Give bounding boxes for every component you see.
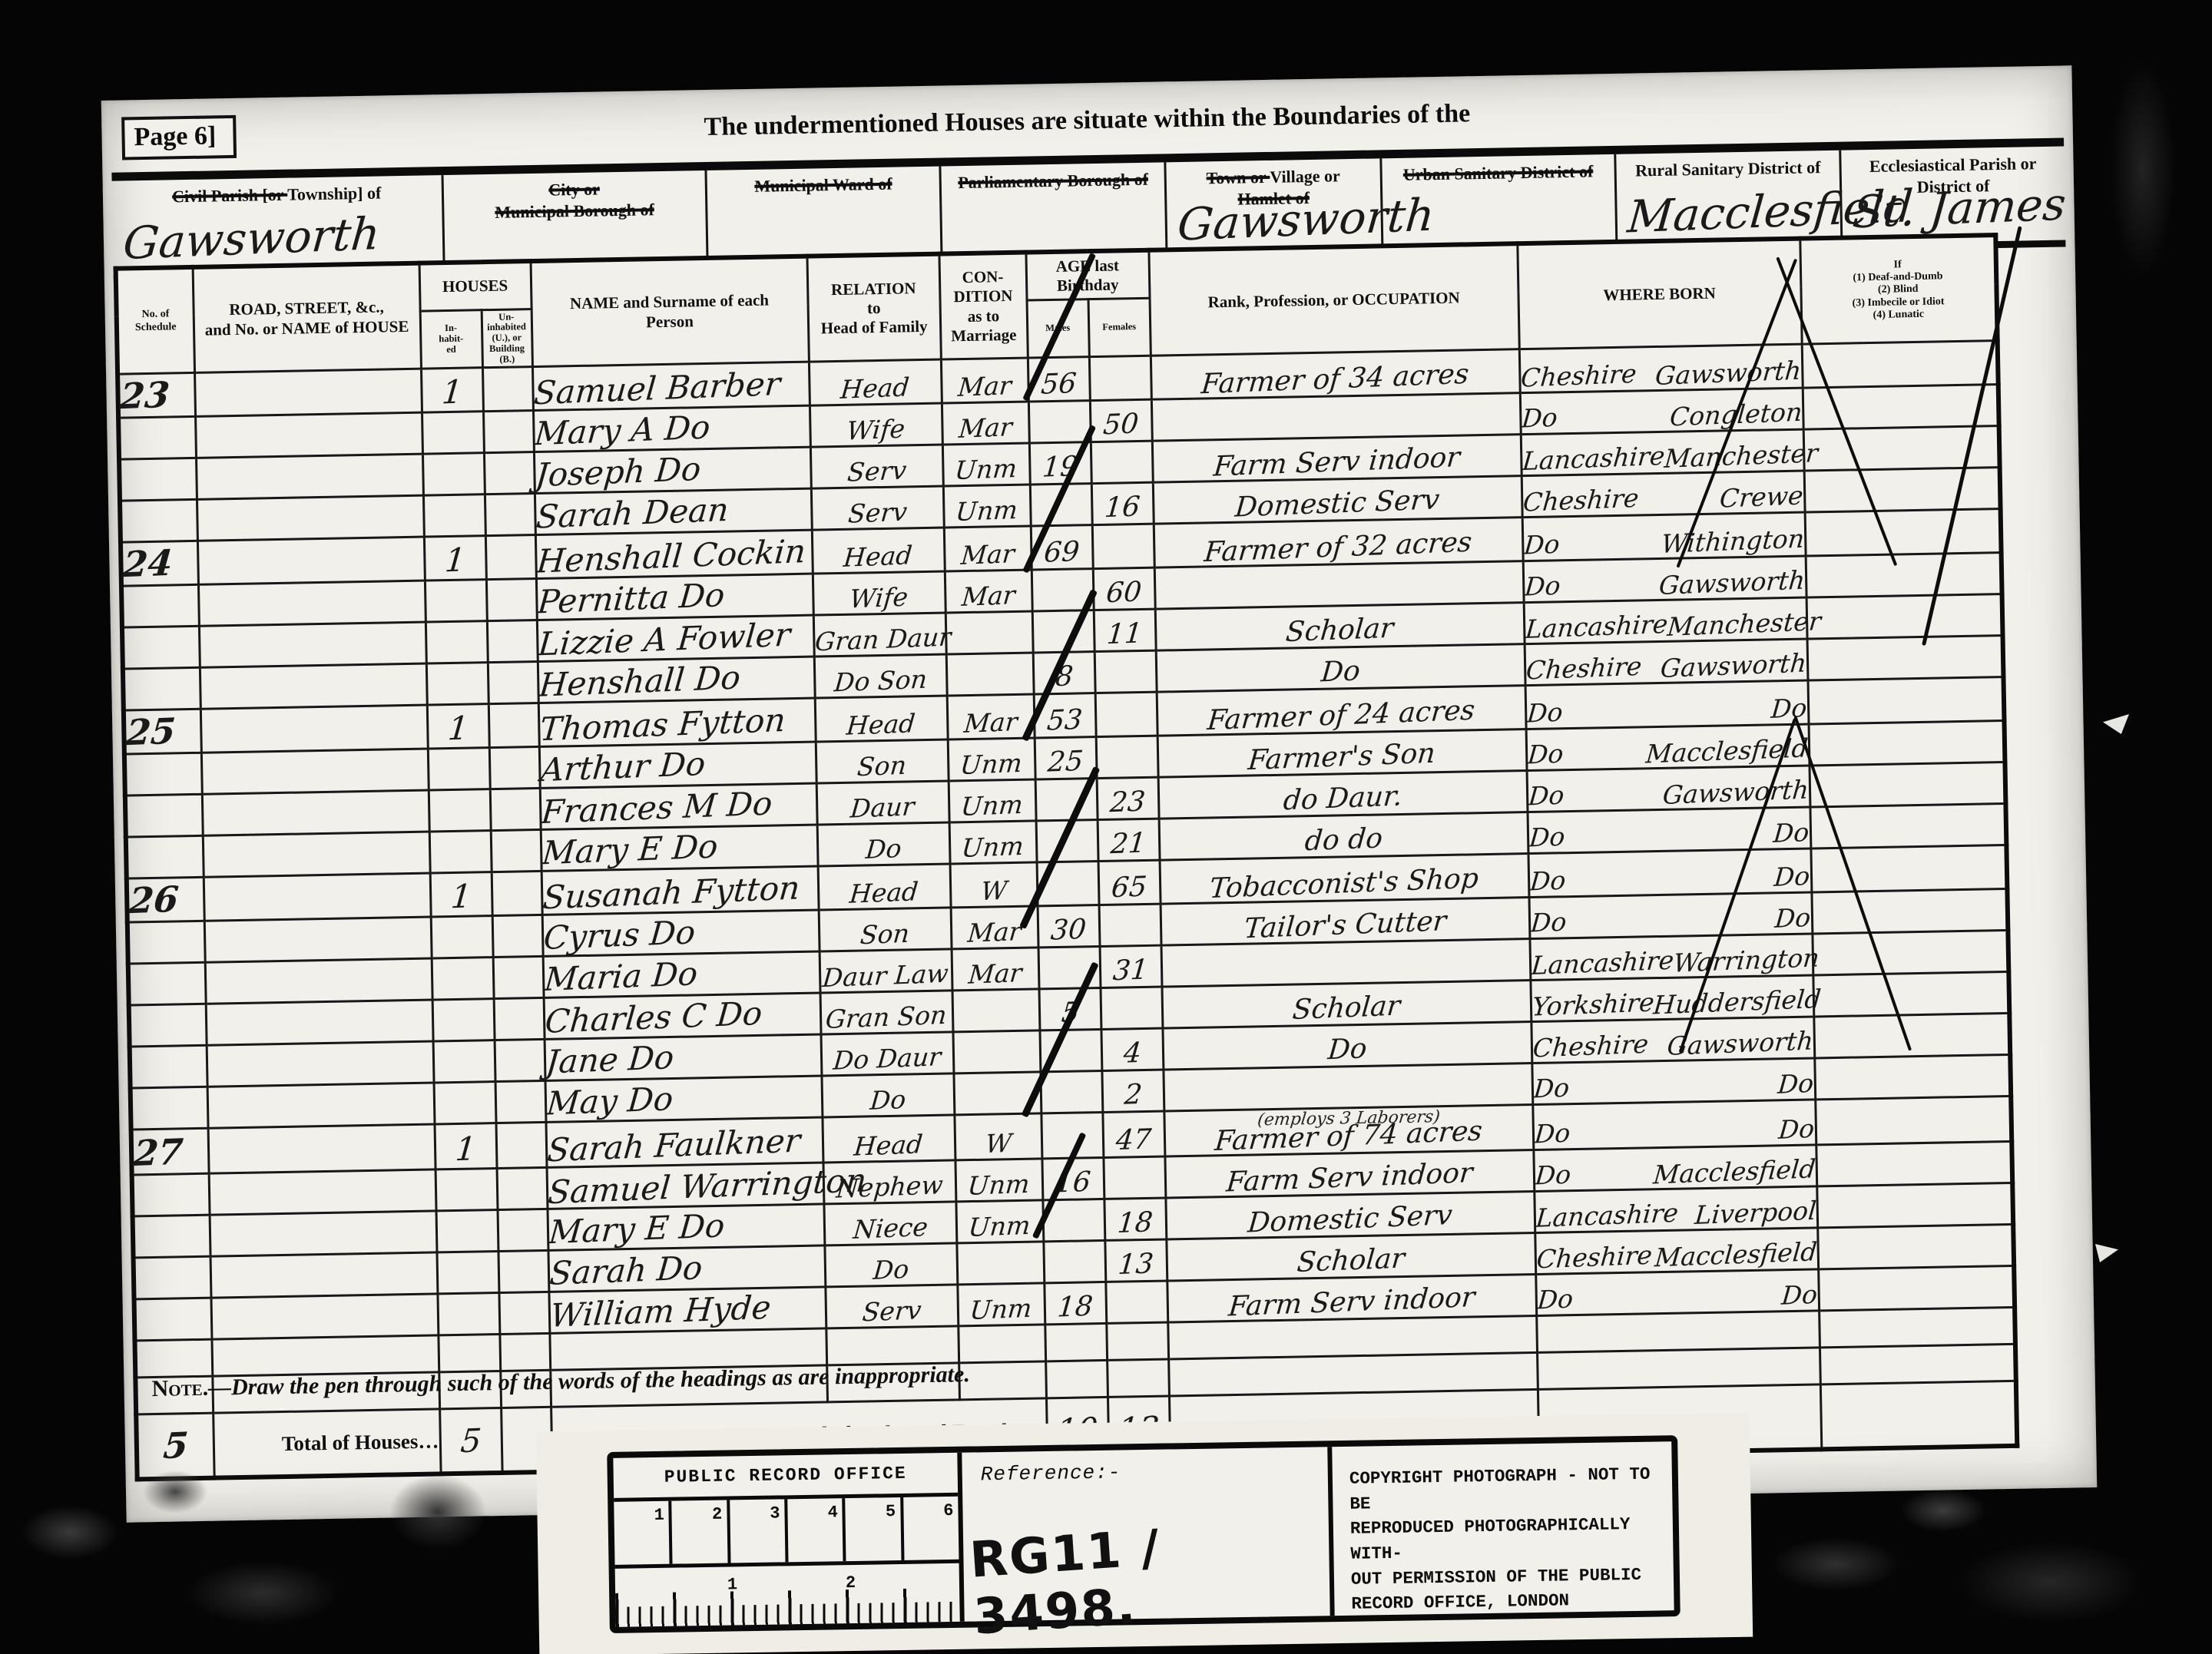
cell-uninhabited [498, 1250, 548, 1292]
cell-infirmity [1802, 341, 1998, 389]
cell-age-female [1105, 1281, 1167, 1323]
cell-where-born: DoMacclesfield [1533, 1145, 1816, 1192]
cell-age-female: 47 [1102, 1111, 1164, 1157]
cell-condition [956, 1242, 1044, 1285]
cell-where-born: DoDo [1535, 1269, 1819, 1316]
table-body: 231Samuel BarberHeadMar56Farmer of 34 ac… [118, 341, 2016, 1414]
cell-age-female: 18 [1104, 1198, 1166, 1240]
cell-where-born: CheshireMacclesfield [1535, 1228, 1818, 1275]
district-label: Parliamentary Borough of [942, 162, 1165, 194]
cell-road [205, 958, 432, 1004]
cell-age-female: 23 [1097, 777, 1159, 819]
cell-relation: Wife [810, 403, 942, 447]
cell-schedule [125, 794, 203, 837]
public-record-office-stamp: PUBLIC RECORD OFFICE 123456 1 2 Referenc… [607, 1435, 1681, 1633]
col-header-infirmity: If (1) Deaf-and-Dumb (2) Blind (3) Imbec… [1800, 235, 1997, 344]
cell-inhabited [432, 999, 495, 1041]
cell-condition: Unm [948, 738, 1035, 781]
cell-uninhabited [485, 535, 536, 580]
cell-occupation: do Daur. [1158, 771, 1528, 819]
district-label: Rural Sanitary District of [1616, 151, 1839, 182]
district-cell: Town or Village or Hamlet ofGawsworth [1167, 158, 1383, 256]
cell-relation: Do [817, 822, 950, 866]
col-header-houses: HOUSES [419, 261, 531, 311]
cell-road [208, 1124, 435, 1173]
cell-schedule [134, 1298, 212, 1341]
cell-infirmity [1814, 1054, 2011, 1100]
cell-age-male: 25 [1035, 737, 1097, 779]
cell-name: Sarah Faulkner [546, 1117, 823, 1167]
cell-infirmity [1803, 385, 1999, 430]
cell-uninhabited [495, 1039, 545, 1081]
cell-where-born: DoMacclesfield [1526, 724, 1810, 771]
cell-schedule [134, 1256, 211, 1299]
cell-schedule [128, 962, 206, 1005]
cell-condition: Mar [947, 694, 1035, 739]
cell-where-born: DoCongleton [1520, 388, 1803, 435]
cell-occupation [1161, 939, 1531, 987]
cell-uninhabited [492, 915, 543, 957]
cell-road [201, 749, 429, 794]
cell-road [207, 1041, 434, 1087]
cell-occupation [1151, 393, 1521, 442]
cell-name: Pernitta Do [536, 574, 813, 620]
cell-age-male: 30 [1038, 905, 1100, 948]
cell-name: Mary E Do [548, 1204, 825, 1250]
cell-schedule: 27 [131, 1128, 209, 1175]
photographed-census-page: Page 6] The undermentioned Houses are si… [0, 0, 2212, 1654]
cell-age-female [1101, 987, 1163, 1029]
cell-name: Sarah Do [548, 1245, 825, 1292]
cell-relation: Serv [810, 445, 943, 488]
empty-cell [1045, 1360, 1108, 1398]
cell-occupation: Farmer's Son [1157, 729, 1527, 778]
cell-uninhabited [489, 746, 540, 789]
cell-condition: Unm [942, 443, 1030, 486]
cell-where-born: DoGawsworth [1527, 766, 1810, 812]
stamp-reference-section: Reference:- RG11 / 3498. [962, 1447, 1334, 1622]
cell-occupation [1163, 1064, 1532, 1112]
cell-age-male [1028, 401, 1091, 443]
cell-condition: Mar [941, 358, 1028, 403]
cell-schedule [124, 753, 202, 796]
col-header-inhabited: In- habit- ed [420, 310, 482, 369]
district-cell: City or Municipal Borough of [443, 170, 708, 269]
page-number-box: Page 6] [121, 115, 237, 160]
ruler-inch-box: 6 [903, 1497, 959, 1560]
district-cell: Rural Sanitary District ofMacclesfield [1616, 151, 1843, 248]
cell-occupation: Do [1162, 1022, 1532, 1070]
cell-condition: Unm [955, 1159, 1042, 1202]
cell-name: Henshall Cockin [535, 530, 813, 578]
cell-condition [953, 1030, 1041, 1073]
cell-infirmity [1813, 1013, 2010, 1058]
cell-condition: W [950, 862, 1038, 908]
cell-age-female [1096, 736, 1158, 778]
cell-inhabited: 1 [427, 704, 489, 749]
cell-age-female [1103, 1156, 1165, 1199]
cell-inhabited: 1 [421, 368, 483, 412]
cell-age-female: 31 [1100, 945, 1162, 987]
cell-name: Samuel Warrington [547, 1163, 824, 1209]
cell-age-male: 18 [1044, 1282, 1106, 1324]
cell-where-born: DoDo [1532, 1100, 1816, 1150]
scan-artifact [2095, 1244, 2118, 1262]
cell-where-born: DoWithington [1522, 512, 1806, 561]
empty-cell [211, 1335, 439, 1376]
cell-occupation: Farmer of 24 acres [1157, 686, 1526, 736]
empty-cell [134, 1339, 212, 1378]
empty-cell [1045, 1323, 1107, 1361]
cell-inhabited [428, 748, 490, 790]
cell-relation: Do Daur [821, 1032, 954, 1076]
ruler-inch-boxes: 123456 [614, 1497, 959, 1569]
cell-occupation: Scholar [1162, 981, 1532, 1029]
cell-inhabited [433, 1040, 495, 1083]
cell-schedule: 23 [118, 372, 195, 418]
cell-infirmity [1809, 721, 2005, 766]
empty-cell [549, 1328, 826, 1370]
cell-relation: Daur [816, 781, 949, 825]
cell-schedule [131, 1087, 208, 1130]
cell-uninhabited [485, 494, 535, 536]
ruler-tick-scale: 1 2 [615, 1563, 960, 1627]
cell-where-born: DoDo [1525, 680, 1809, 729]
cell-infirmity [1805, 509, 2002, 557]
cell-condition: W [954, 1113, 1041, 1160]
cell-schedule [119, 458, 197, 501]
cell-inhabited [426, 663, 488, 705]
empty-cell [1819, 1307, 2015, 1348]
col-header-occupation: Rank, Profession, or OCCUPATION [1148, 243, 1518, 356]
cell-infirmity [1818, 1265, 2015, 1311]
cell-relation: Son [816, 739, 949, 783]
cell-where-born: CheshireGawsworth [1531, 1017, 1814, 1064]
cell-occupation: Tailor's Cutter [1161, 898, 1530, 946]
total-schedule: 5 [136, 1413, 214, 1479]
cell-uninhabited [496, 1122, 547, 1168]
col-header-condition: CON- DITION as to Marriage [939, 253, 1027, 359]
cell-infirmity [1804, 468, 2001, 513]
empty-cell [1168, 1352, 1538, 1396]
cell-where-born: DoDo [1532, 1058, 1815, 1105]
cell-occupation: do do [1159, 812, 1528, 861]
cell-uninhabited [488, 661, 538, 703]
cell-relation: Serv [811, 486, 944, 530]
cell-inhabited [425, 580, 487, 622]
ruler-inch-box: 1 [614, 1501, 673, 1565]
empty-cell [1820, 1344, 2016, 1384]
stamp-copyright-text: COPYRIGHT PHOTOGRAPH - NOT TO BE REPRODU… [1332, 1441, 1674, 1616]
cell-name: Susanah Fytton [541, 866, 819, 915]
ruler-sub-number: 2 [846, 1573, 856, 1593]
cell-occupation [1154, 561, 1524, 610]
reference-value: RG11 / 3498. [968, 1508, 1333, 1646]
cell-relation: Daur Law [820, 949, 952, 993]
cell-name: Henshall Do [538, 657, 815, 703]
cell-schedule [133, 1215, 210, 1258]
cell-age-female [1095, 692, 1157, 736]
cell-road [197, 495, 424, 541]
stamp-ruler-section: PUBLIC RECORD OFFICE 123456 1 2 [613, 1453, 964, 1627]
cell-where-born: DoDo [1528, 807, 1811, 854]
ruler-inch-box: 3 [730, 1499, 789, 1563]
cell-name: Joseph Do [534, 447, 811, 493]
cell-name: William Hyde [548, 1287, 826, 1333]
cell-relation: Gran Daur [813, 613, 946, 657]
cell-schedule [127, 921, 205, 964]
cell-inhabited: 1 [424, 536, 486, 581]
cell-where-born: LancashireLiverpool [1534, 1186, 1817, 1233]
district-cell: Municipal Ward of [707, 167, 943, 264]
ruler-sub-number: 1 [727, 1575, 738, 1594]
cell-inhabited [422, 412, 484, 454]
cell-occupation: Tobacconist's Shop [1160, 854, 1529, 905]
empty-cell [1106, 1322, 1168, 1360]
cell-age-female: 16 [1091, 482, 1154, 524]
cell-condition: Mar [952, 948, 1039, 991]
cell-condition: Unm [949, 779, 1036, 822]
cell-occupation: Scholar [1166, 1232, 1535, 1281]
cell-where-born: DoGawsworth [1523, 556, 1806, 603]
cell-occupation: Domestic Serv [1165, 1192, 1535, 1240]
cell-infirmity [1812, 930, 2008, 975]
cell-road [197, 537, 425, 584]
cell-where-born: LancashireManchester [1524, 597, 1807, 644]
col-header-name: NAME and Surname of each Person [531, 256, 809, 367]
cell-inhabited [432, 958, 494, 1000]
cell-road [209, 1169, 436, 1215]
cell-age-female: 65 [1098, 860, 1161, 905]
cell-road [198, 581, 426, 626]
cell-age-female [1089, 356, 1151, 400]
cell-condition [952, 989, 1040, 1032]
cell-uninhabited [498, 1209, 548, 1251]
cell-occupation: Domestic Serv [1153, 476, 1522, 524]
cell-schedule [121, 584, 199, 627]
cell-relation: Do [824, 1243, 957, 1287]
cell-relation: Head [809, 359, 942, 405]
cell-road [204, 917, 432, 962]
cell-uninhabited [494, 997, 545, 1040]
cell-infirmity [1816, 1183, 2013, 1228]
cell-name: Samuel Barber [532, 362, 810, 410]
cell-name: Cyrus Do [542, 910, 820, 956]
cell-uninhabited [487, 620, 538, 662]
cell-age-female: 50 [1090, 399, 1152, 442]
cell-age-female: 11 [1094, 609, 1156, 651]
ruler-inch-box: 2 [672, 1500, 731, 1563]
cell-occupation: Scholar [1155, 603, 1525, 651]
cell-uninhabited [492, 871, 542, 915]
cell-age-female [1092, 524, 1154, 568]
cell-infirmity [1807, 636, 2004, 681]
cell-where-born: CheshireGawsworth [1525, 639, 1808, 686]
cell-uninhabited [482, 367, 533, 412]
cell-infirmity [1815, 1096, 2012, 1145]
cell-road [196, 454, 423, 499]
empty-cell [1167, 1315, 1537, 1359]
cell-name: Mary A Do [533, 405, 810, 452]
cell-relation: Head [812, 528, 945, 574]
cell-age-female: 2 [1101, 1070, 1164, 1112]
cell-condition: Mar [942, 402, 1029, 445]
scan-noise [1674, 1474, 2212, 1654]
cell-condition: Unm [957, 1283, 1045, 1326]
cell-inhabited: 1 [430, 872, 492, 917]
empty-cell [1107, 1359, 1169, 1397]
cell-infirmity [1817, 1224, 2014, 1269]
cell-occupation: Do [1156, 644, 1525, 693]
cell-age-male [1040, 1070, 1102, 1113]
cell-condition: Mar [944, 526, 1031, 571]
cell-inhabited [429, 831, 492, 873]
cell-uninhabited [483, 411, 534, 453]
cell-condition [946, 653, 1034, 696]
stamp-office-title: PUBLIC RECORD OFFICE [613, 1453, 958, 1502]
ruler-inch-box: 5 [846, 1497, 905, 1561]
cell-name: Charles C Do [544, 993, 821, 1039]
cell-road [202, 790, 429, 835]
scan-artifact [2103, 714, 2129, 734]
col-header-born: WHERE BORN [1517, 239, 1801, 349]
cell-infirmity [1806, 594, 2003, 640]
cell-road [210, 1294, 438, 1339]
cell-name: Sarah Dean [535, 488, 812, 534]
cell-relation: Niece [823, 1202, 956, 1245]
cell-age-female: 21 [1098, 819, 1160, 861]
cell-condition: Mar [945, 570, 1032, 613]
cell-inhabited [422, 453, 485, 495]
cell-occupation: Farmer of 32 acres [1154, 518, 1523, 568]
cell-road [210, 1211, 437, 1256]
cell-relation: Head [822, 1115, 955, 1163]
empty-cell [958, 1325, 1045, 1363]
cell-occupation: (employs 3 Laborers)Farmer of 74 acres [1164, 1105, 1533, 1157]
cell-uninhabited [497, 1167, 548, 1209]
cell-inhabited [435, 1169, 498, 1211]
cell-uninhabited [490, 788, 541, 830]
cell-age-female: 4 [1101, 1028, 1163, 1070]
cell-name: Jane Do [545, 1034, 822, 1080]
cell-road [204, 873, 431, 921]
cell-schedule [123, 667, 200, 710]
district-label: City or Municipal Borough of [443, 170, 705, 223]
cell-inhabited [436, 1252, 498, 1294]
sheet-heading: The undermentioned Houses are situate wi… [545, 97, 1628, 145]
cell-age-male [1043, 1240, 1105, 1282]
cell-inhabited [434, 1082, 496, 1124]
cell-occupation: Farmer of 34 acres [1151, 349, 1520, 400]
cell-infirmity [1810, 762, 2006, 807]
cell-schedule: 26 [127, 877, 204, 922]
cell-relation: Do Son [814, 654, 947, 698]
cell-uninhabited [495, 1080, 546, 1123]
cell-road [203, 832, 430, 877]
cell-schedule [120, 499, 197, 542]
col-header-relation: RELATION to Head of Family [806, 254, 940, 362]
cell-infirmity [1806, 553, 2002, 598]
col-header-uninhabited: Un- inhabited (U.), or Building (B.) [482, 309, 532, 368]
cell-name: Thomas Fytton [538, 698, 816, 746]
cell-occupation: Farm Serv indoor [1167, 1274, 1536, 1322]
cell-name: Lizzie A Fowler [537, 615, 814, 661]
cell-road [200, 663, 427, 709]
cell-where-born: YorkshireHuddersfield [1530, 975, 1813, 1022]
col-header-females: Females [1088, 298, 1151, 356]
cell-where-born: CheshireCrewe [1522, 471, 1805, 518]
cell-infirmity [1816, 1141, 2012, 1186]
cell-name: Maria Do [543, 951, 820, 997]
cell-relation: Gran Son [820, 991, 953, 1034]
cell-relation: Serv [825, 1285, 958, 1328]
cell-infirmity [1811, 888, 2008, 934]
footnote-label: Note. [151, 1375, 208, 1401]
cell-uninhabited [486, 579, 537, 621]
cell-inhabited [426, 621, 488, 663]
district-cell: Parliamentary Borough of [942, 162, 1168, 260]
cell-relation: Do [821, 1073, 954, 1117]
cell-where-born: LancashireWarrington [1529, 934, 1813, 981]
cell-where-born: LancashireManchester [1521, 429, 1804, 476]
cell-age-female: 13 [1104, 1239, 1167, 1282]
cell-uninhabited [491, 829, 541, 872]
scan-noise [2074, 0, 2212, 845]
cell-road [206, 1000, 433, 1045]
cell-schedule [130, 1045, 207, 1088]
cell-schedule [132, 1173, 210, 1216]
census-sheet: Page 6] The undermentioned Houses are si… [101, 65, 2098, 1522]
cell-road [200, 705, 428, 753]
cell-age-female [1091, 441, 1153, 483]
district-value: Gawsworth [121, 207, 382, 270]
cell-inhabited [436, 1210, 498, 1252]
cell-inhabited [423, 495, 485, 537]
cell-inhabited: 1 [435, 1123, 497, 1169]
cell-name: May Do [545, 1076, 823, 1122]
cell-uninhabited [493, 956, 544, 998]
cell-inhabited [431, 916, 493, 958]
empty-cell [826, 1326, 959, 1365]
cell-condition: Unm [949, 821, 1037, 864]
ruler-inch-box: 4 [787, 1498, 846, 1562]
cell-uninhabited [498, 1292, 549, 1334]
cell-occupation: Farm Serv indoor [1152, 435, 1522, 483]
cell-age-female: 60 [1093, 567, 1155, 610]
cell-schedule: 24 [121, 541, 198, 586]
cell-where-born: DoDo [1529, 892, 1813, 939]
empty-cell [1537, 1348, 1820, 1390]
reference-label: Reference:- [981, 1457, 1328, 1486]
cell-road [195, 412, 422, 458]
cell-schedule [129, 1004, 207, 1047]
cell-infirmity [1808, 677, 2005, 725]
total-houses-value: 5 [439, 1408, 502, 1474]
district-label: Civil Parish [or Township] of [112, 175, 442, 208]
cell-road [207, 1083, 435, 1128]
col-header-schedule: No. of Schedule [116, 267, 194, 374]
cell-occupation: Farm Serv indoor [1164, 1150, 1534, 1199]
cell-relation: Head [815, 696, 948, 742]
empty-cell [438, 1335, 500, 1372]
district-label: Urban Sanitary District of [1382, 154, 1614, 186]
empty-cell [1536, 1311, 1820, 1353]
cell-road [210, 1252, 438, 1298]
cell-relation: Son [819, 908, 952, 951]
cell-inhabited [437, 1293, 499, 1335]
cell-where-born: DoDo [1528, 849, 1812, 898]
cell-schedule: 25 [124, 709, 201, 754]
